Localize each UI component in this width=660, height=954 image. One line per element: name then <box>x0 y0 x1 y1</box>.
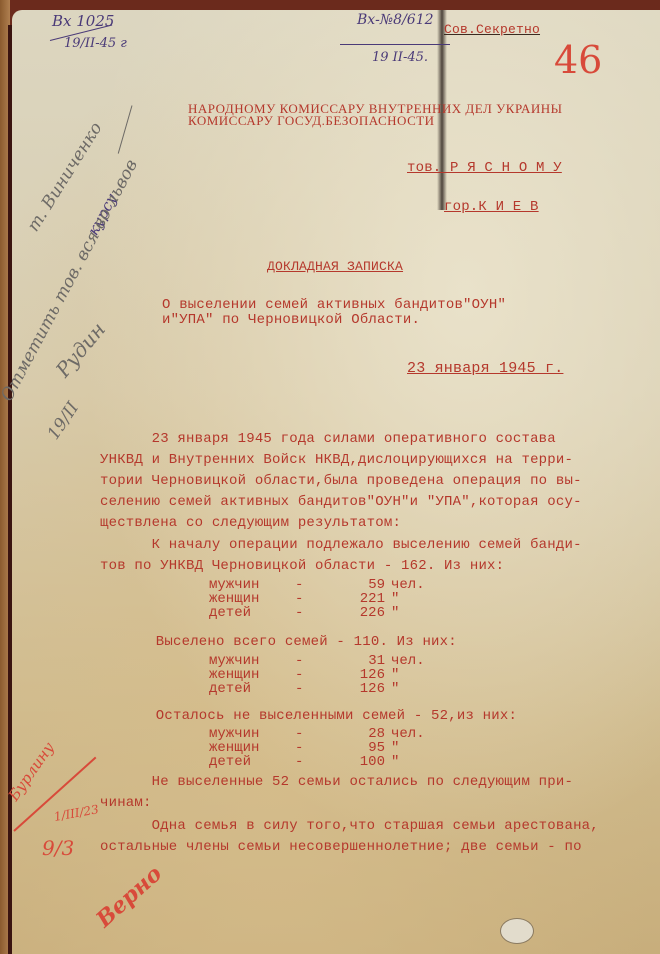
body-p2-line1: К началу операции подлежало выселению се… <box>100 537 582 554</box>
table-row: детей - 126 " <box>209 682 425 696</box>
row-dash: - <box>295 727 345 741</box>
table-row: мужчин - 59 чел. <box>209 578 425 592</box>
row-unit: " <box>391 668 425 682</box>
row-label: детей <box>209 682 295 696</box>
classification-label: Сов.Секретно <box>444 21 540 38</box>
body-p1-line3: тории Черновицкой области,была проведена… <box>100 473 582 490</box>
table-row: женщин - 221 " <box>209 592 425 606</box>
row-dash: - <box>295 606 345 620</box>
row-unit: " <box>391 592 425 606</box>
evicted-table: мужчин - 31 чел. женщин - 126 " детей - … <box>209 654 425 696</box>
row-label: мужчин <box>209 578 295 592</box>
incoming-number-left: Вх 1025 <box>52 12 114 30</box>
row-value: 100 <box>345 755 391 769</box>
row-unit: " <box>391 682 425 696</box>
row-unit: " <box>391 755 425 769</box>
document-date: 23 января 1945 г. <box>407 360 563 377</box>
addressee-city: гор.К И Е В <box>444 199 539 216</box>
row-value: 221 <box>345 592 391 606</box>
remaining-table: мужчин - 28 чел. женщин - 95 " детей - 1… <box>209 727 425 769</box>
table-row: женщин - 126 " <box>209 668 425 682</box>
row-value: 31 <box>345 654 391 668</box>
document-title: ДОКЛАДНАЯ ЗАПИСКА <box>267 258 403 275</box>
row-unit: чел. <box>391 578 425 592</box>
table-row: детей - 226 " <box>209 606 425 620</box>
subject-line1: О выселении семей активных бандитов"ОУН" <box>162 298 506 313</box>
margin-note-red-date: 1/III/23 <box>53 802 100 824</box>
row-value: 126 <box>345 682 391 696</box>
body-p6-line1: Одна семья в силу того,что старшая семьи… <box>100 818 599 835</box>
table-row: женщин - 95 " <box>209 741 425 755</box>
row-dash: - <box>295 592 345 606</box>
row-value: 59 <box>345 578 391 592</box>
row-label: мужчин <box>209 654 295 668</box>
table-row: мужчин - 31 чел. <box>209 654 425 668</box>
row-label: мужчин <box>209 727 295 741</box>
body-p5-line2: чинам: <box>100 795 152 812</box>
row-unit: " <box>391 741 425 755</box>
row-value: 126 <box>345 668 391 682</box>
margin-pencil-stroke <box>118 105 133 153</box>
row-label: женщин <box>209 741 295 755</box>
page-number: 46 <box>554 38 602 82</box>
margin-note-red-number: 9/3 <box>42 836 74 860</box>
addressee-title-line2: КОМИССАРУ ГОСУД.БЕЗОПАСНОСТИ <box>188 115 435 127</box>
subject-line2: и"УПА" по Черновицкой Области. <box>162 313 420 328</box>
document-page: Вх 1025 19/II-45 г Вх-№8/612 19 II-45. С… <box>12 10 660 954</box>
row-label: женщин <box>209 668 295 682</box>
table-row: детей - 100 " <box>209 755 425 769</box>
body-p6-line2: остальные члены семьи несовершеннолетние… <box>100 839 582 856</box>
body-p1-line2: УНКВД и Внутренних Войск НКВД,дислоцирую… <box>100 452 573 469</box>
row-dash: - <box>295 654 345 668</box>
table-row: мужчин - 28 чел. <box>209 727 425 741</box>
body-p1-line5: ществлена со следующим результатом: <box>100 515 401 532</box>
row-dash: - <box>295 668 345 682</box>
body-p1-line4: селению семей активных бандитов"ОУН"и "У… <box>100 494 582 511</box>
row-label: детей <box>209 606 295 620</box>
margin-note-red-burlinu: Бурлину <box>5 739 58 804</box>
row-label: детей <box>209 755 295 769</box>
row-label: женщин <box>209 592 295 606</box>
planned-eviction-table: мужчин - 59 чел. женщин - 221 " детей - … <box>209 578 425 620</box>
paper-hole <box>500 918 534 944</box>
row-value: 95 <box>345 741 391 755</box>
margin-signature-grey: Рудин <box>51 317 110 381</box>
row-dash: - <box>295 741 345 755</box>
row-dash: - <box>295 755 345 769</box>
body-p5-line1: Не выселенные 52 семьи остались по следу… <box>100 774 573 791</box>
row-dash: - <box>295 578 345 592</box>
body-p4: Осталось не выселенными семей - 52,из ни… <box>130 708 517 725</box>
row-unit: чел. <box>391 654 425 668</box>
margin-note-date: 19/II <box>44 399 83 444</box>
body-p3: Выселено всего семей - 110. Из них: <box>130 634 457 651</box>
row-value: 226 <box>345 606 391 620</box>
row-dash: - <box>295 682 345 696</box>
incoming-date-left: 19/II-45 г <box>64 36 127 51</box>
row-value: 28 <box>345 727 391 741</box>
incoming-date-center: 19 II-45. <box>372 50 428 65</box>
incoming-rule-center <box>340 44 450 45</box>
incoming-number-center: Вх-№8/612 <box>357 12 434 28</box>
margin-note-red-verno: Верно <box>91 861 167 933</box>
row-unit: " <box>391 606 425 620</box>
body-p2-line2: тов по УНКВД Черновицкой области - 162. … <box>100 558 504 575</box>
addressee-name: тов. Р Я С Н О М У <box>407 160 562 177</box>
body-p1-line1: 23 января 1945 года силами оперативного … <box>100 431 556 448</box>
row-unit: чел. <box>391 727 425 741</box>
